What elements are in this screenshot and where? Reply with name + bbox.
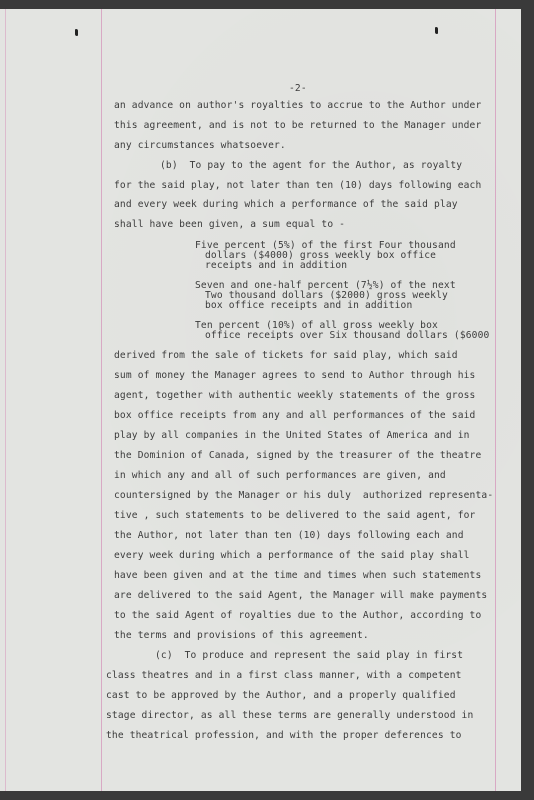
text-line: the terms and provisions of this agreeme…	[114, 630, 369, 641]
text-line: stage director, as all these terms are g…	[106, 710, 473, 721]
text-line: derived from the sale of tickets for sai…	[114, 350, 458, 361]
ink-mark-left	[75, 29, 78, 36]
text-line: every week during which a performance of…	[114, 550, 470, 561]
text-line: office receipts over Six thousand dollar…	[205, 330, 489, 341]
text-line: and every week during which a performanc…	[114, 199, 458, 210]
text-line: an advance on author's royalties to accr…	[114, 100, 481, 111]
text-line: have been given and at the time and time…	[114, 570, 481, 581]
page-number: -2-	[289, 83, 307, 94]
text-line: sum of money the Manager agrees to send …	[114, 370, 475, 381]
text-line: shall have been given, a sum equal to -	[114, 219, 345, 230]
text-line: play by all companies in the United Stat…	[114, 430, 470, 441]
text-line: box office receipts and in addition	[205, 300, 412, 311]
text-line: the Dominion of Canada, signed by the tr…	[114, 450, 481, 461]
document-page: -2- an advance on author's royalties to …	[0, 9, 521, 791]
text-line: any circumstances whatsoever.	[114, 140, 286, 151]
margin-line-outer	[5, 9, 6, 791]
text-line: the theatrical profession, and with the …	[106, 730, 462, 741]
text-line: (b) To pay to the agent for the Author, …	[160, 160, 462, 171]
text-line: to the said Agent of royalties due to th…	[114, 610, 481, 621]
text-line: for the said play, not later than ten (1…	[114, 180, 481, 191]
text-line: in which any and all of such performance…	[114, 470, 446, 481]
text-line: this agreement, and is not to be returne…	[114, 120, 481, 131]
text-line: (c) To produce and represent the said pl…	[155, 650, 463, 661]
text-line: are delivered to the said Agent, the Man…	[114, 590, 487, 601]
text-line: cast to be approved by the Author, and a…	[106, 690, 456, 701]
text-line: the Author, not later than ten (10) days…	[114, 530, 464, 541]
margin-line-right	[495, 9, 496, 791]
text-line: agent, together with authentic weekly st…	[114, 390, 475, 401]
text-line: receipts and in addition	[205, 260, 347, 271]
ink-mark-right	[435, 27, 438, 34]
text-line: class theatres and in a first class mann…	[106, 670, 462, 681]
margin-line-left	[101, 9, 102, 791]
text-line: countersigned by the Manager or his duly…	[114, 490, 493, 501]
text-line: tive , such statements to be delivered t…	[114, 510, 475, 521]
text-line: box office receipts from any and all per…	[114, 410, 475, 421]
